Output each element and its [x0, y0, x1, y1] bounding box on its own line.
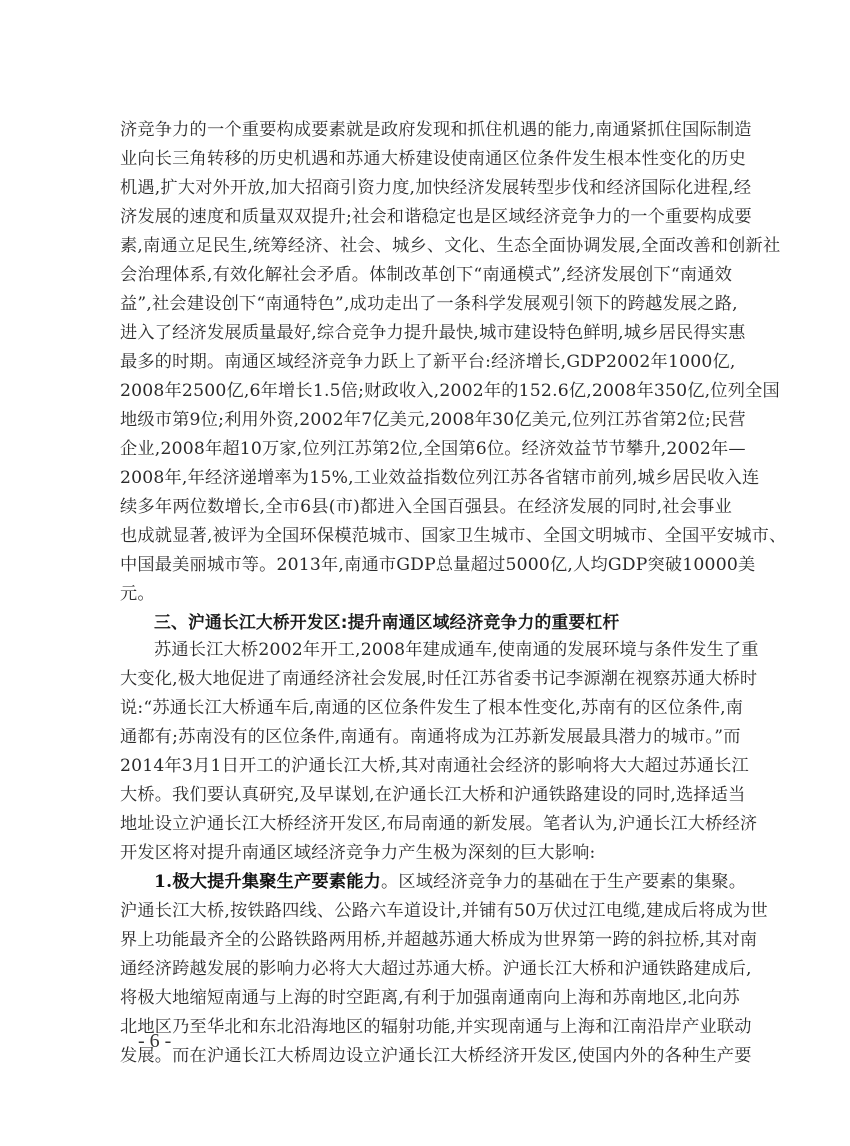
- text-line: 发展。而在沪通长江大桥周边设立沪通长江大桥经济开发区,使国内外的各种生产要: [120, 1042, 732, 1071]
- document-page: 济竞争力的一个重要构成要素就是政府发现和抓住机遇的能力,南通紧抓住国际制造 业向…: [120, 116, 732, 1071]
- text-line: 地址设立沪通长江大桥经济开发区,布局南通的新发展。笔者认为,沪通长江大桥经济: [120, 810, 732, 839]
- text-line: 界上功能最齐全的公路铁路两用桥,并超越苏通大桥成为世界第一跨的斜拉桥,其对南: [120, 926, 732, 955]
- text-line: 北地区乃至华北和东北沿海地区的辐射功能,并实现南通与上海和江南沿岸产业联动: [120, 1013, 732, 1042]
- paragraph-3: 1.极大提升集聚生产要素能力。区域经济竞争力的基础在于生产要素的集聚。 沪通长江…: [120, 868, 732, 1071]
- text-line: 续多年两位数增长,全市6县(市)都进入全国百强县。在经济发展的同时,社会事业: [120, 493, 732, 522]
- text-line: 1.极大提升集聚生产要素能力。区域经济竞争力的基础在于生产要素的集聚。: [120, 868, 732, 897]
- text-line: 最多的时期。南通区域经济竞争力跃上了新平台:经济增长,GDP2002年1000亿…: [120, 348, 732, 377]
- text-line: 也成就显著,被评为全国环保模范城市、国家卫生城市、全国文明城市、全国平安城市、: [120, 522, 732, 551]
- text-line: 开发区将对提升南通区域经济竞争力产生极为深刻的巨大影响:: [120, 839, 732, 868]
- text-line: 通经济跨越发展的影响力必将大大超过苏通大桥。沪通长江大桥和沪通铁路建成后,: [120, 955, 732, 984]
- text-line: 会治理体系,有效化解社会矛盾。体制改革创下“南通模式”,经济发展创下“南通效: [120, 261, 732, 290]
- text-line: 2008年2500亿,6年增长1.5倍;财政收入,2002年的152.6亿,20…: [120, 377, 732, 406]
- text-line: 2014年3月1日开工的沪通长江大桥,其对南通社会经济的影响将大大超过苏通长江: [120, 752, 732, 781]
- text-line: 企业,2008年超10万家,位列江苏第2位,全国第6位。经济效益节节攀升,200…: [120, 435, 732, 464]
- subsection-lead: 1.极大提升集聚生产要素能力: [154, 872, 381, 892]
- text-line: 机遇,扩大对外开放,加大招商引资力度,加快经济发展转型步伐和经济国际化进程,经: [120, 174, 732, 203]
- text-line: 大桥。我们要认真研究,及早谋划,在沪通长江大桥和沪通铁路建设的同时,选择适当: [120, 781, 732, 810]
- text-line: 2008年,年经济递增率为15%,工业效益指数位列江苏各省辖市前列,城乡居民收入…: [120, 464, 732, 493]
- text-line: 沪通长江大桥,按铁路四线、公路六车道设计,并铺有50万伏过江电缆,建成后将成为世: [120, 897, 732, 926]
- text-line: 素,南通立足民生,统筹经济、社会、城乡、文化、生态全面协调发展,全面改善和创新社: [120, 232, 732, 261]
- text-line: 地级市第9位;利用外资,2002年7亿美元,2008年30亿美元,位列江苏省第2…: [120, 406, 732, 435]
- text-line: 益”,社会建设创下“南通特色”,成功走出了一条科学发展观引领下的跨越发展之路,: [120, 290, 732, 319]
- text-line: 元。: [120, 580, 732, 609]
- text-line: 将极大地缩短南通与上海的时空距离,有利于加强南通南向上海和苏南地区,北向苏: [120, 984, 732, 1013]
- text-line: 苏通长江大桥2002年开工,2008年建成通车,使南通的发展环境与条件发生了重: [120, 636, 732, 665]
- page-number: - 6 -: [138, 1030, 171, 1053]
- paragraph-2: 苏通长江大桥2002年开工,2008年建成通车,使南通的发展环境与条件发生了重 …: [120, 636, 732, 868]
- text-line: 大变化,极大地促进了南通经济社会发展,时任江苏省委书记李源潮在视察苏通大桥时: [120, 665, 732, 694]
- text-span: 。区域经济竞争力的基础在于生产要素的集聚。: [381, 872, 746, 892]
- paragraph-1: 济竞争力的一个重要构成要素就是政府发现和抓住机遇的能力,南通紧抓住国际制造 业向…: [120, 116, 732, 609]
- text-line: 业向长三角转移的历史机遇和苏通大桥建设使南通区位条件发生根本性变化的历史: [120, 145, 732, 174]
- text-line: 中国最美丽城市等。2013年,南通市GDP总量超过5000亿,人均GDP突破10…: [120, 551, 732, 580]
- section-heading: 三、沪通长江大桥开发区:提升南通区域经济竞争力的重要杠杆: [120, 609, 732, 636]
- text-line: 进入了经济发展质量最好,综合竞争力提升最快,城市建设特色鲜明,城乡居民得实惠: [120, 319, 732, 348]
- text-line: 济竞争力的一个重要构成要素就是政府发现和抓住机遇的能力,南通紧抓住国际制造: [120, 116, 732, 145]
- text-line: 济发展的速度和质量双双提升;社会和谐稳定也是区域经济竞争力的一个重要构成要: [120, 203, 732, 232]
- text-line: 通都有;苏南没有的区位条件,南通有。南通将成为江苏新发展最具潜力的城市。”而: [120, 723, 732, 752]
- text-line: 说:“苏通长江大桥通车后,南通的区位条件发生了根本性变化,苏南有的区位条件,南: [120, 694, 732, 723]
